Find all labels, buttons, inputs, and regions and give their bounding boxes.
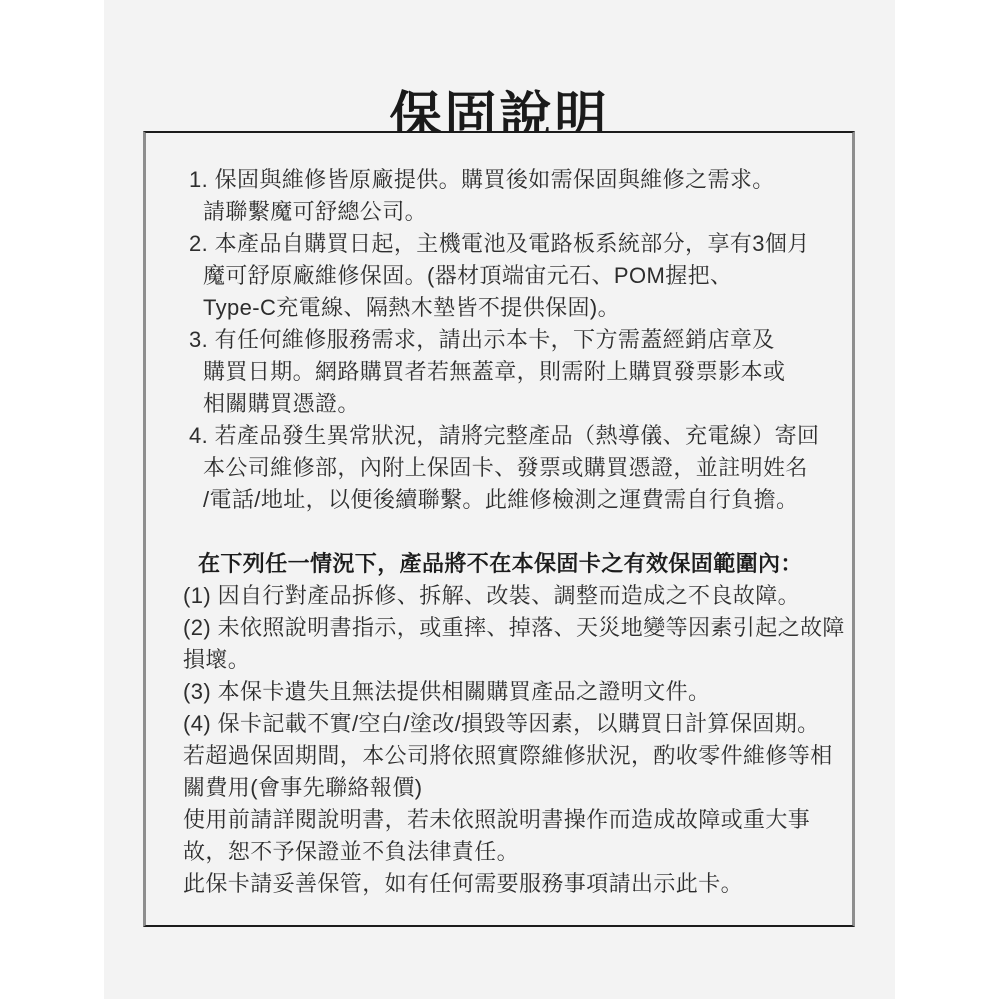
exclusion-heading: 在下列任一情況下，產品將不在本保固卡之有效保固範圍內： bbox=[198, 548, 848, 580]
text-line: 請聯繫魔可舒總公司。 bbox=[203, 196, 848, 228]
text-line: 購買日期。網路購買者若無蓋章，則需附上購買發票影本或 bbox=[203, 356, 848, 388]
text-line: 魔可舒原廠維修保固。(器材頂端宙元石、POM握把、 bbox=[203, 260, 848, 292]
page-background: { "title": "保固說明", "colors": { "page_bg"… bbox=[0, 0, 999, 999]
text-line: 使用前請詳閱說明書，若未依照說明書操作而造成故障或重大事 bbox=[183, 804, 848, 836]
text-line bbox=[183, 516, 848, 548]
warranty-card: 1. 保固與維修皆原廠提供。購買後如需保固與維修之需求。請聯繫魔可舒總公司。2.… bbox=[143, 131, 855, 927]
text-line: 故，恕不予保證並不負法律責任。 bbox=[183, 836, 848, 868]
text-line: 關費用(會事先聯絡報價) bbox=[183, 772, 848, 804]
text-line: 2. 本產品自購買日起，主機電池及電路板系統部分，享有3個月 bbox=[189, 228, 848, 260]
text-line: 3. 有任何維修服務需求，請出示本卡，下方需蓋經銷店章及 bbox=[189, 324, 848, 356]
text-line: (2) 未依照說明書指示，或重摔、掉落、天災地變等因素引起之故障 bbox=[183, 612, 848, 644]
text-line: 4. 若產品發生異常狀況，請將完整產品（熱導儀、充電線）寄回 bbox=[189, 420, 848, 452]
text-line: 損壞。 bbox=[183, 644, 848, 676]
text-line: 相關購買憑證。 bbox=[203, 388, 848, 420]
text-line: (4) 保卡記載不實/空白/塗改/損毀等因素，以購買日計算保固期。 bbox=[183, 708, 848, 740]
text-line: 若超過保固期間，本公司將依照實際維修狀況，酌收零件維修等相 bbox=[183, 740, 848, 772]
text-line: (3) 本保卡遺失且無法提供相關購買產品之證明文件。 bbox=[183, 676, 848, 708]
text-line: 本公司維修部，內附上保固卡、發票或購買憑證，並註明姓名 bbox=[203, 452, 848, 484]
text-line: Type-C充電線、隔熱木墊皆不提供保固)。 bbox=[203, 292, 848, 324]
text-line: 此保卡請妥善保管，如有任何需要服務事項請出示此卡。 bbox=[183, 868, 848, 900]
text-line: (1) 因自行對產品拆修、拆解、改裝、調整而造成之不良故障。 bbox=[183, 580, 848, 612]
warranty-text-block: 1. 保固與維修皆原廠提供。購買後如需保固與維修之需求。請聯繫魔可舒總公司。2.… bbox=[183, 164, 848, 900]
text-line: 1. 保固與維修皆原廠提供。購買後如需保固與維修之需求。 bbox=[189, 164, 848, 196]
text-line: /電話/地址，以便後續聯繫。此維修檢測之運費需自行負擔。 bbox=[203, 484, 848, 516]
